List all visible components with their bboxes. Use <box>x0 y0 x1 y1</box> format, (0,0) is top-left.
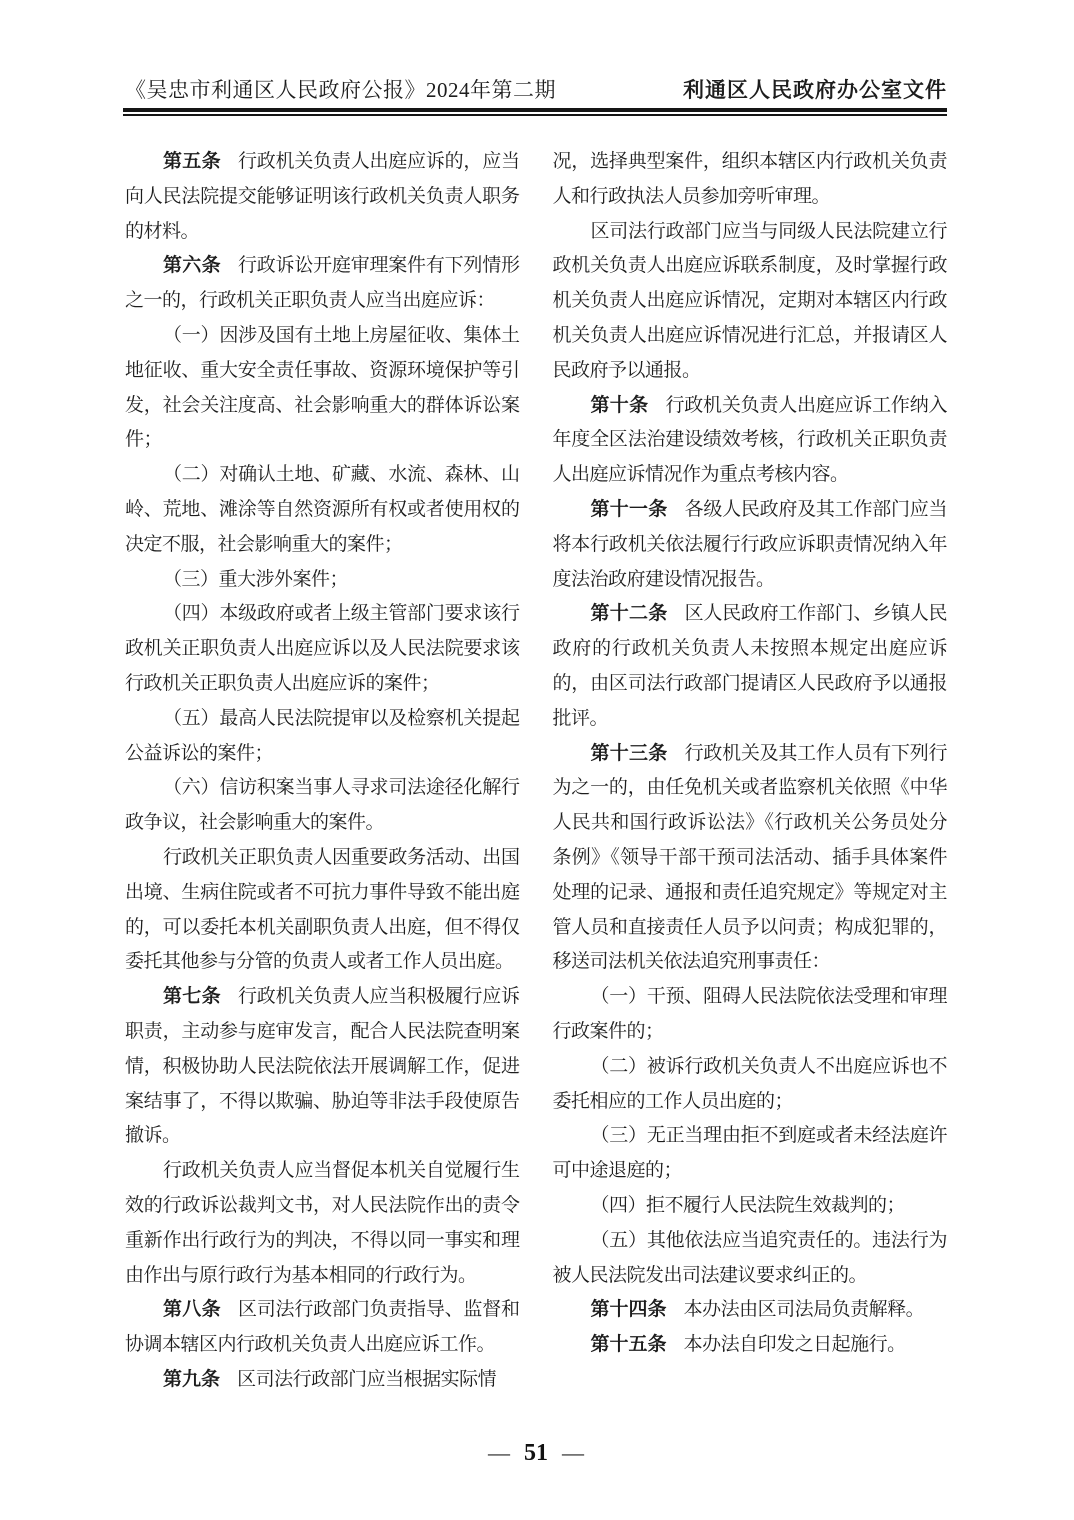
paragraph: 第九条区司法行政部门应当根据实际情 <box>125 1363 520 1398</box>
paragraph: （五）最高人民法院提审以及检察机关提起公益诉讼的案件； <box>125 702 520 772</box>
paragraph: 第十三条行政机关及其工作人员有下列行为之一的，由任免机关或者监察机关依照《中华人… <box>553 737 948 981</box>
paragraph: 第十一条各级人民政府及其工作部门应当将本行政机关依法履行行政应诉职责情况纳入年度… <box>553 493 948 597</box>
rule-thick-line <box>123 108 947 112</box>
article-number: 第十三条 <box>591 743 668 764</box>
article-number: 第六条 <box>163 255 221 276</box>
page-footer: —51— <box>125 1440 947 1467</box>
paragraph: （四）拒不履行人民法院生效裁判的； <box>553 1189 948 1224</box>
header-double-rule <box>123 108 947 116</box>
folio-left-dash: — <box>488 1440 510 1465</box>
article-number: 第十五条 <box>591 1334 667 1355</box>
text-column-left: 第五条行政机关负责人出庭应诉的，应当向人民法院提交能够证明该行政机关负责人职务的… <box>125 145 520 1398</box>
paragraph: （三）重大涉外案件； <box>125 563 520 598</box>
paragraph: （三）无正当理由拒不到庭或者未经法庭许可中途退庭的； <box>553 1119 948 1189</box>
paragraph: 第五条行政机关负责人出庭应诉的，应当向人民法院提交能够证明该行政机关负责人职务的… <box>125 145 520 249</box>
article-number: 第十条 <box>591 395 649 416</box>
paragraph: （四）本级政府或者上级主管部门要求该行政机关正职负责人出庭应诉以及人民法院要求该… <box>125 597 520 701</box>
paragraph: 区司法行政部门应当与同级人民法院建立行政机关负责人出庭应诉联系制度，及时掌握行政… <box>553 215 948 389</box>
rule-thin-line <box>123 114 947 116</box>
article-number: 第十二条 <box>591 603 668 624</box>
document-body: 第五条行政机关负责人出庭应诉的，应当向人民法院提交能够证明该行政机关负责人职务的… <box>125 145 947 1398</box>
paragraph: 第十四条本办法由区司法局负责解释。 <box>553 1293 948 1328</box>
paragraph: 况，选择典型案件，组织本辖区内行政机关负责人和行政执法人员参加旁听审理。 <box>553 145 948 215</box>
paragraph: （五）其他依法应当追究责任的。违法行为被人民法院发出司法建议要求纠正的。 <box>553 1224 948 1294</box>
paragraph: （一）因涉及国有土地上房屋征收、集体土地征收、重大安全责任事故、资源环境保护等引… <box>125 319 520 458</box>
paragraph: 第十条行政机关负责人出庭应诉工作纳入年度全区法治建设绩效考核，行政机关正职负责人… <box>553 389 948 493</box>
folio-right-dash: — <box>562 1440 584 1465</box>
paragraph: （二）被诉行政机关负责人不出庭应诉也不委托相应的工作人员出庭的； <box>553 1050 948 1120</box>
paragraph: （二）对确认土地、矿藏、水流、森林、山岭、荒地、滩涂等自然资源所有权或者使用权的… <box>125 458 520 562</box>
article-number: 第八条 <box>163 1299 221 1320</box>
paragraph: 行政机关负责人应当督促本机关自觉履行生效的行政诉讼裁判文书，对人民法院作出的责令… <box>125 1154 520 1293</box>
paragraph: 第八条区司法行政部门负责指导、监督和协调本辖区内行政机关负责人出庭应诉工作。 <box>125 1293 520 1363</box>
paragraph: 第十五条本办法自印发之日起施行。 <box>553 1328 948 1363</box>
paragraph: 第六条行政诉讼开庭审理案件有下列情形之一的，行政机关正职负责人应当出庭应诉： <box>125 249 520 319</box>
document-category-label: 利通区人民政府办公室文件 <box>683 74 947 104</box>
article-number: 第五条 <box>163 151 221 172</box>
paragraph: 行政机关正职负责人因重要政务活动、出国出境、生病住院或者不可抗力事件导致不能出庭… <box>125 841 520 980</box>
article-number: 第十四条 <box>591 1299 667 1320</box>
paragraph: （一）干预、阻碍人民法院依法受理和审理行政案件的； <box>553 980 948 1050</box>
paragraph: 第十二条区人民政府工作部门、乡镇人民政府的行政机关负责人未按照本规定出庭应诉的，… <box>553 597 948 736</box>
page-header: 《吴忠市利通区人民政府公报》2024年第二期 利通区人民政府办公室文件 <box>125 74 947 104</box>
article-number: 第十一条 <box>591 499 668 520</box>
gazette-title: 《吴忠市利通区人民政府公报》2024年第二期 <box>125 74 556 104</box>
article-number: 第九条 <box>163 1369 220 1390</box>
paragraph: （六）信访积案当事人寻求司法途径化解行政争议，社会影响重大的案件。 <box>125 771 520 841</box>
gazette-page: 《吴忠市利通区人民政府公报》2024年第二期 利通区人民政府办公室文件 第五条行… <box>0 0 1074 1520</box>
paragraph: 第七条行政机关负责人应当积极履行应诉职责，主动参与庭审发言，配合人民法院查明案情… <box>125 980 520 1154</box>
page-number: 51 <box>524 1440 548 1466</box>
text-column-right: 况，选择典型案件，组织本辖区内行政机关负责人和行政执法人员参加旁听审理。区司法行… <box>553 145 948 1398</box>
article-number: 第七条 <box>163 986 221 1007</box>
